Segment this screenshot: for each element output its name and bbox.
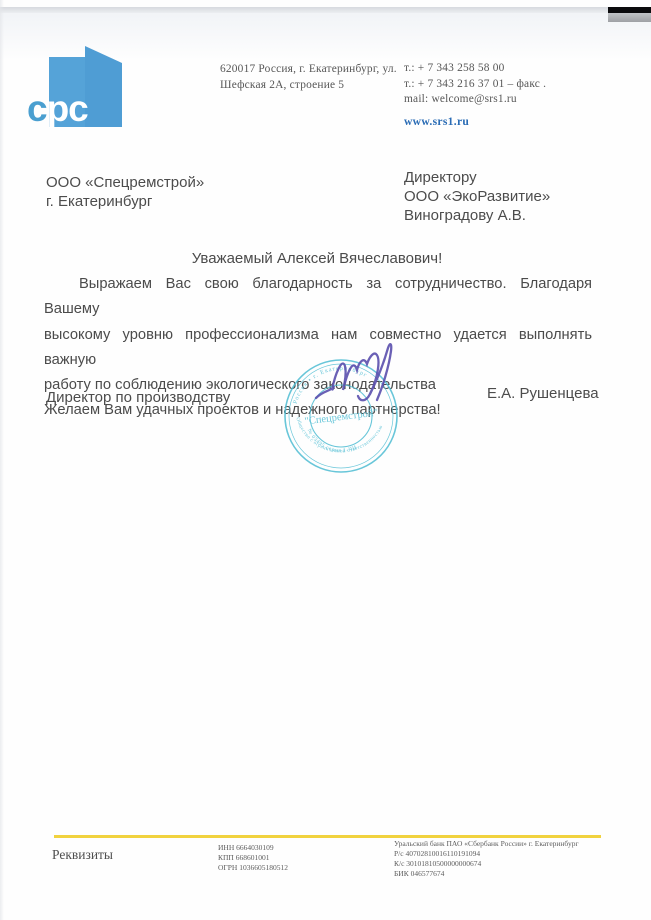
inn-line: ИНН 6664030109 xyxy=(218,843,288,853)
email-line: mail: welcome@srs1.ru xyxy=(404,92,546,108)
company-contacts: т.: + 7 343 258 58 00 т.: + 7 343 216 37… xyxy=(404,61,546,108)
salutation: Уважаемый Алексей Вячеславович! xyxy=(44,250,590,267)
stamp-serial-text: № 03495 серия 1-ЧИ xyxy=(306,428,358,454)
settlement-account-line: Р/с 40702810016110191094 xyxy=(394,849,579,859)
stamp-center-text: "Спецремстрой" xyxy=(304,408,378,428)
letter-page: срс 620017 Россия, г. Екатеринбург, ул. … xyxy=(0,0,651,920)
kpp-line: КПП 668601001 xyxy=(218,853,288,863)
svg-text:№ 03495 серия 1-ЧИ: № 03495 серия 1-ЧИ xyxy=(306,428,358,454)
signer-position: Директор по производству xyxy=(46,389,230,406)
phone-line-1: т.: + 7 343 258 58 00 xyxy=(404,61,546,77)
recipient-company: ООО «ЭкоРазвитие» xyxy=(404,187,550,206)
company-stamp: Россия ▪ г. Екатеринбург Общество с огра… xyxy=(270,342,412,482)
sender-block: ООО «Спецремстрой» г. Екатеринбург xyxy=(46,173,204,211)
address-line-1: 620017 Россия, г. Екатеринбург, ул. xyxy=(220,62,397,78)
address-line-2: Шефская 2А, строение 5 xyxy=(220,78,397,94)
footer-title: Реквизиты xyxy=(52,847,113,863)
logo-letter-outside: с xyxy=(27,88,47,129)
recipient-person: Виноградову А.В. xyxy=(404,206,550,225)
ogrn-line: ОГРН 1036605180512 xyxy=(218,863,288,873)
body-line-1: Выражаем Вас свою благодарность за сотру… xyxy=(44,272,592,323)
scan-left-shadow xyxy=(0,0,4,920)
website-url: www.srs1.ru xyxy=(404,115,469,128)
phone-line-2: т.: + 7 343 216 37 01 – факс . xyxy=(404,77,546,93)
company-ids-block: ИНН 6664030109 КПП 668601001 ОГРН 103660… xyxy=(218,843,288,873)
bik-line: БИК 046577674 xyxy=(394,869,579,879)
logo-letters-inside: рс xyxy=(47,88,89,129)
sender-city: г. Екатеринбург xyxy=(46,192,204,211)
recipient-role: Директору xyxy=(404,168,550,187)
correspondent-account-line: К/с 30101810500000000674 xyxy=(394,859,579,869)
recipient-block: Директору ООО «ЭкоРазвитие» Виноградову … xyxy=(404,168,550,225)
signer-name: Е.А. Рушенцева xyxy=(487,385,599,402)
company-logo-icon: срс xyxy=(26,46,124,139)
sender-company: ООО «Спецремстрой» xyxy=(46,173,204,192)
svg-text:срс: срс xyxy=(27,88,88,129)
footer-divider xyxy=(54,835,601,838)
bank-details-block: Уральский банк ПАО «Сбербанк России» г. … xyxy=(394,839,579,879)
company-address: 620017 Россия, г. Екатеринбург, ул. Шефс… xyxy=(220,62,397,93)
bank-name-line: Уральский банк ПАО «Сбербанк России» г. … xyxy=(394,839,579,849)
